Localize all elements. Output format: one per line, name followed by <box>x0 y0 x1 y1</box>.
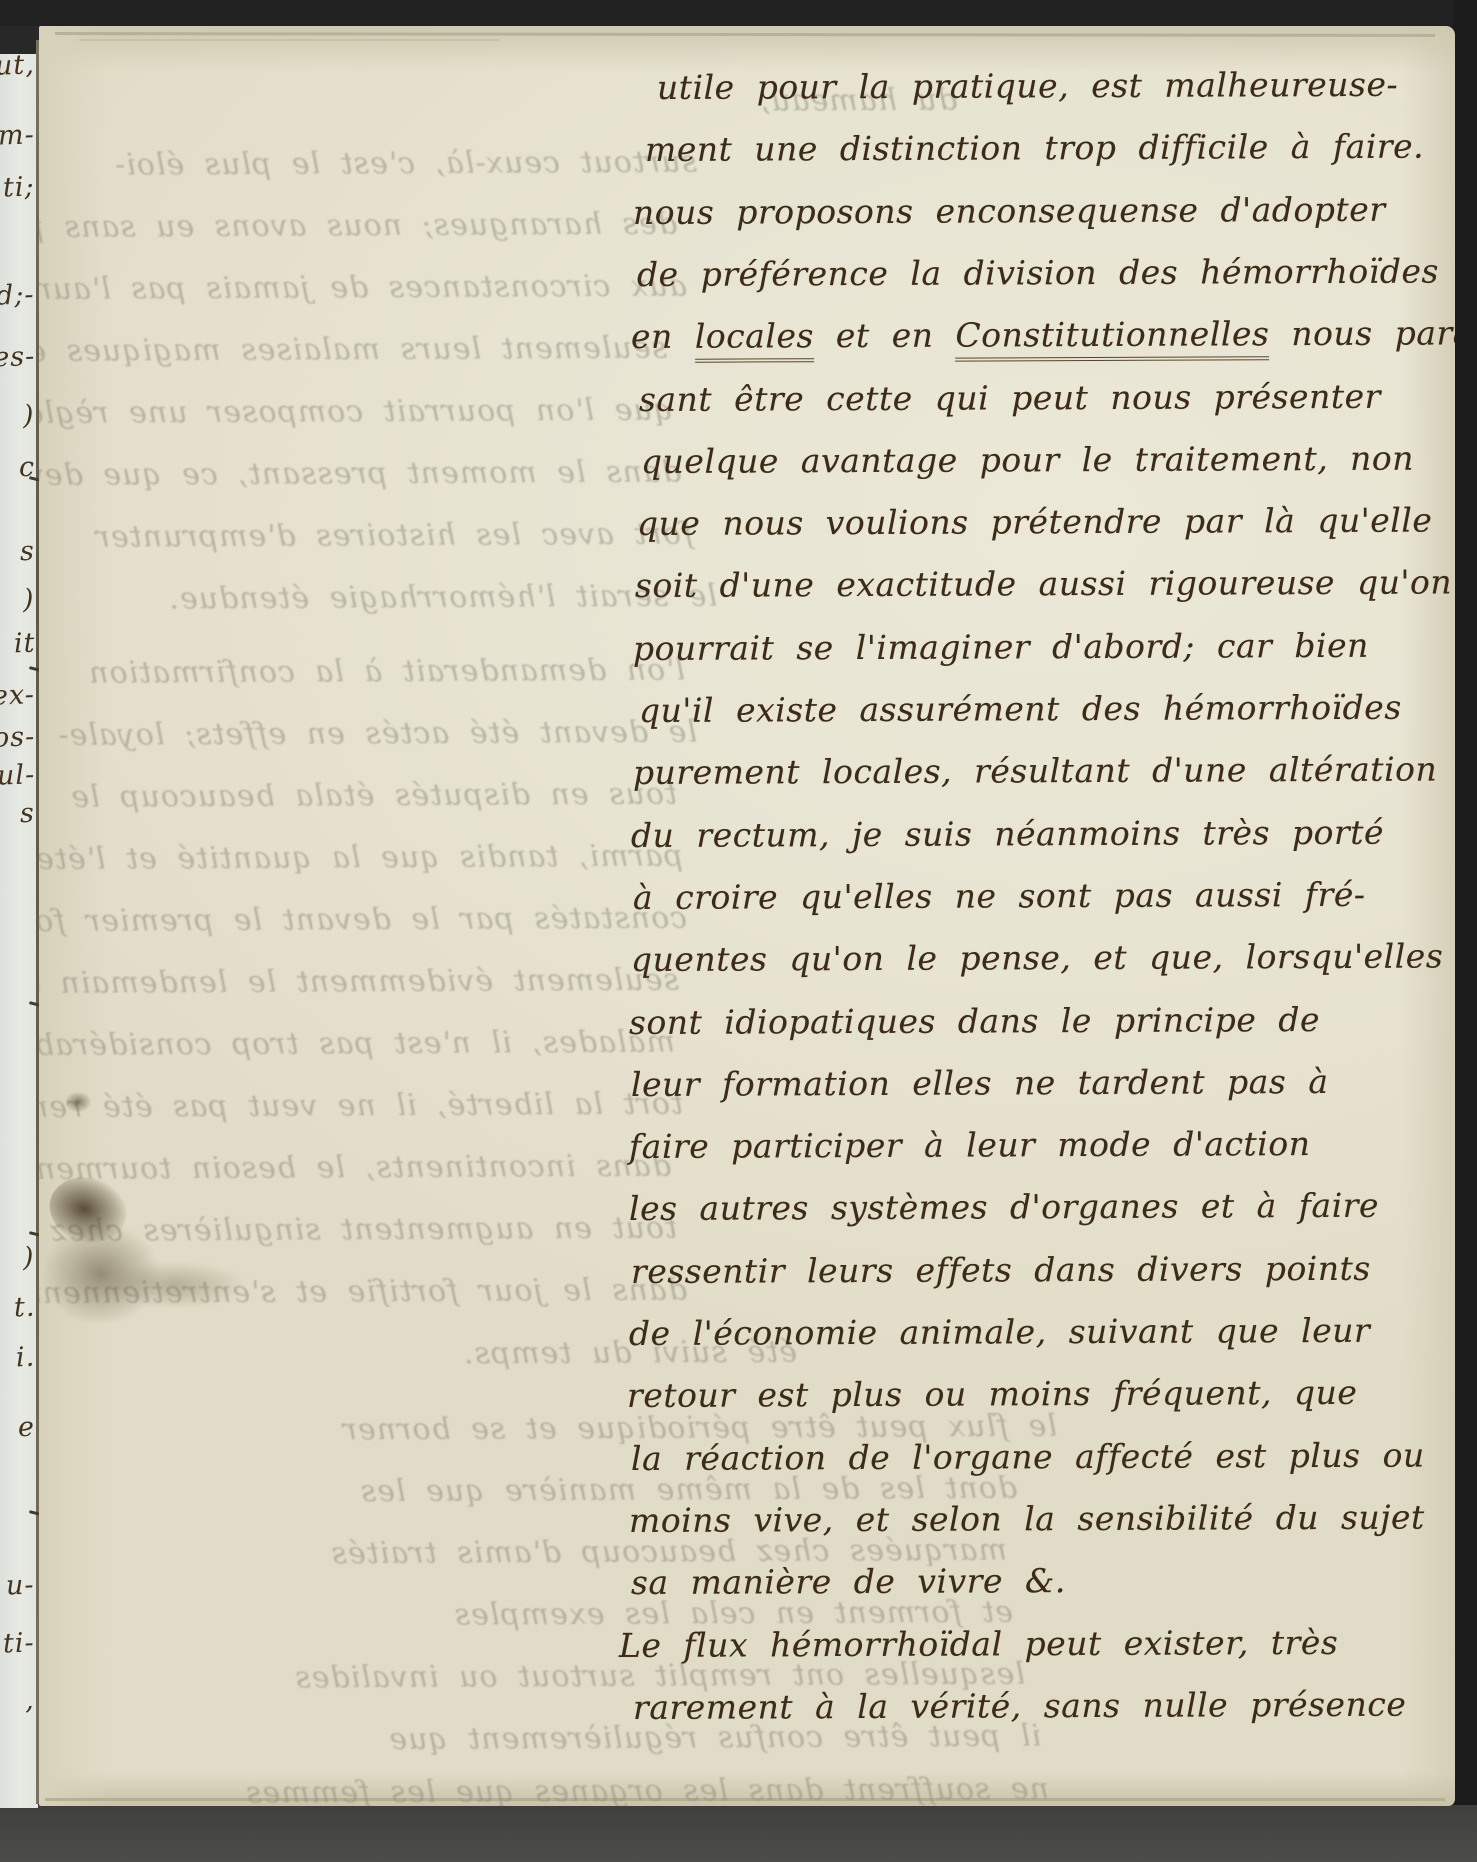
manuscript-line: que nous voulions prétendre par là qu'el… <box>637 501 1433 543</box>
showthrough-line: seulement leurs malaises magiques et plu… <box>107 331 667 369</box>
showthrough-line: dans le moment pressant, ce que devenait <box>121 455 681 493</box>
manuscript-line: soit d'une exactitude aussi rigoureuse q… <box>635 563 1452 606</box>
facing-page-text-fragment: des- <box>0 341 36 374</box>
ink-smudge <box>105 1262 245 1308</box>
facing-page-text-fragment: ti; <box>3 171 36 203</box>
facing-page-text-fragment: ) <box>23 1242 36 1273</box>
manuscript-line: pourrait se l'imaginer d'abord; car bien <box>633 625 1369 667</box>
manuscript-line: à croire qu'elles ne sont pas aussi fré- <box>633 875 1366 917</box>
manuscript-line: quelque avantage pour le traitement, non <box>641 438 1414 480</box>
manuscript-line: faire participer à leur mode d'action <box>629 1124 1311 1166</box>
underlined-word: locales <box>695 316 814 363</box>
page-top-edge-inner <box>79 39 499 41</box>
facing-page-text-fragment: ex- <box>0 679 36 711</box>
showthrough-line: tous en disputés étala beaucoup le <box>117 777 677 815</box>
showthrough-line: ne souffrent dans les organes que les fe… <box>109 1772 1049 1806</box>
facing-page-fragments: ut,m-ti;d;-des-)cs)itex-os-ul-s)t.i.eu-t… <box>0 0 38 1862</box>
showthrough-line: seulement évidemment le lendemain des <box>119 963 679 1001</box>
scan-background-top <box>0 0 1477 26</box>
manuscript-line: rarement à la vérité, sans nulle présenc… <box>633 1684 1406 1726</box>
underlined-word: Constitutionnelles <box>955 314 1269 361</box>
showthrough-line: tort la liberté, il ne veut pas été remi… <box>123 1087 683 1125</box>
facing-page-text-fragment: ut, <box>0 49 36 81</box>
facing-page-text-fragment: d;- <box>0 279 36 311</box>
line-segment: et en <box>814 316 956 356</box>
facing-page-text-fragment: ti- <box>3 1627 36 1659</box>
manuscript-line: purement locales, résultant d'une altéra… <box>633 750 1437 793</box>
manuscript-line: de préférence la division des hémorrhoïd… <box>637 251 1439 293</box>
manuscript-line: de l'économie animale, suivant que leur <box>629 1311 1370 1353</box>
facing-page-text-fragment: ul- <box>0 759 36 791</box>
line-segment: en <box>631 317 695 356</box>
facing-page-text-fragment: , <box>25 1685 36 1716</box>
showthrough-line: aux circonstances de jamais pas l'aura <box>127 269 687 307</box>
facing-page-text-fragment: ) <box>23 400 36 431</box>
manuscript-line: Le flux hémorrhoïdal peut exister, très <box>619 1622 1338 1664</box>
line-segment: nous parais- <box>1269 313 1455 353</box>
page-top-edge <box>55 32 1435 37</box>
showthrough-line: que l'on pourrait composer une règle <box>113 393 673 431</box>
facing-page-text-fragment: c <box>18 452 35 484</box>
scan-background-right <box>1453 0 1477 1862</box>
manuscript-line: sa manière de vivre &. <box>631 1561 1066 1602</box>
manuscript-line: sant être cette qui peut nous présenter <box>639 376 1381 418</box>
manuscript-line: moins vive, et selon la sensibilité du s… <box>629 1497 1425 1539</box>
manuscript-line: qu'il existe assurément des hémorrhoïdes <box>639 688 1402 730</box>
facing-page-text-fragment: it <box>13 628 36 660</box>
facing-page-text-fragment: i. <box>15 1342 35 1374</box>
manuscript-line: les autres systèmes d'organes et à faire <box>629 1186 1379 1228</box>
facing-page-text-fragment: e <box>17 1412 35 1444</box>
facing-page-text-fragment: os- <box>0 721 36 753</box>
manuscript-line: utile pour la pratique, est malheureuse- <box>657 65 1398 107</box>
facing-page-text-fragment: t. <box>13 1292 36 1324</box>
manuscript-line: la réaction de l'organe affecté est plus… <box>631 1435 1425 1477</box>
manuscript-line: nous proposons enconsequense d'adopter <box>633 189 1386 231</box>
facing-page-text-fragment: m- <box>0 119 36 151</box>
showthrough-line: le devant été actés en effets; loyale- <box>137 715 697 753</box>
manuscript-line: sont idiopatiques dans le principe de <box>629 999 1320 1041</box>
facing-page-text-fragment: s <box>20 536 36 567</box>
manuscript-line: du rectum, je suis néanmoins très porté <box>631 812 1384 854</box>
scanned-manuscript: ut,m-ti;d;-des-)cs)itex-os-ul-s)t.i.eu-t… <box>0 0 1477 1862</box>
showthrough-line: des harangues; nous avons eu sans plus <box>117 207 677 245</box>
showthrough-line: constatés par le devant le premier fort <box>127 901 687 939</box>
manuscript-line: en locales et en Constitutionnelles nous… <box>631 313 1455 356</box>
facing-page-text-fragment: s <box>20 798 36 829</box>
showthrough-line: fort avec les histoires d'emprunter <box>133 517 693 555</box>
manuscript-line: quentes qu'on le pense, et que, lorsqu'e… <box>631 937 1443 980</box>
facing-page-text-fragment: ) <box>23 584 36 615</box>
manuscript-line: leur formation elles ne tardent pas à <box>631 1062 1329 1104</box>
manuscript-line: retour est plus ou moins fréquent, que <box>627 1373 1358 1415</box>
showthrough-line: le serait l'hémorrhagie étendue. <box>157 579 717 617</box>
showthrough-line: tout en augmentent singulières chez le <box>117 1211 677 1249</box>
showthrough-line: dans incontinents, le besoin tourmente <box>111 1149 671 1187</box>
manuscript-page: du hameau,surtout ceux-là, c'est le plus… <box>39 26 1455 1806</box>
scan-background-bottom <box>0 1805 1477 1862</box>
showthrough-line: malades, il n'est pas trop considérable … <box>115 1025 675 1063</box>
showthrough-line: parmi, tandis que la quantité et l'étend… <box>123 839 683 877</box>
showthrough-line: l'on demanderait à la confirmation <box>125 653 685 691</box>
manuscript-line: ressentir leurs effets dans divers point… <box>631 1248 1371 1290</box>
ink-speck <box>65 1092 91 1112</box>
showthrough-line: surtout ceux-là, c'est le plus éloi- <box>137 145 697 183</box>
manuscript-line: ment une distinction trop difficile à fa… <box>645 127 1424 169</box>
facing-page-text-fragment: u- <box>6 1570 36 1602</box>
